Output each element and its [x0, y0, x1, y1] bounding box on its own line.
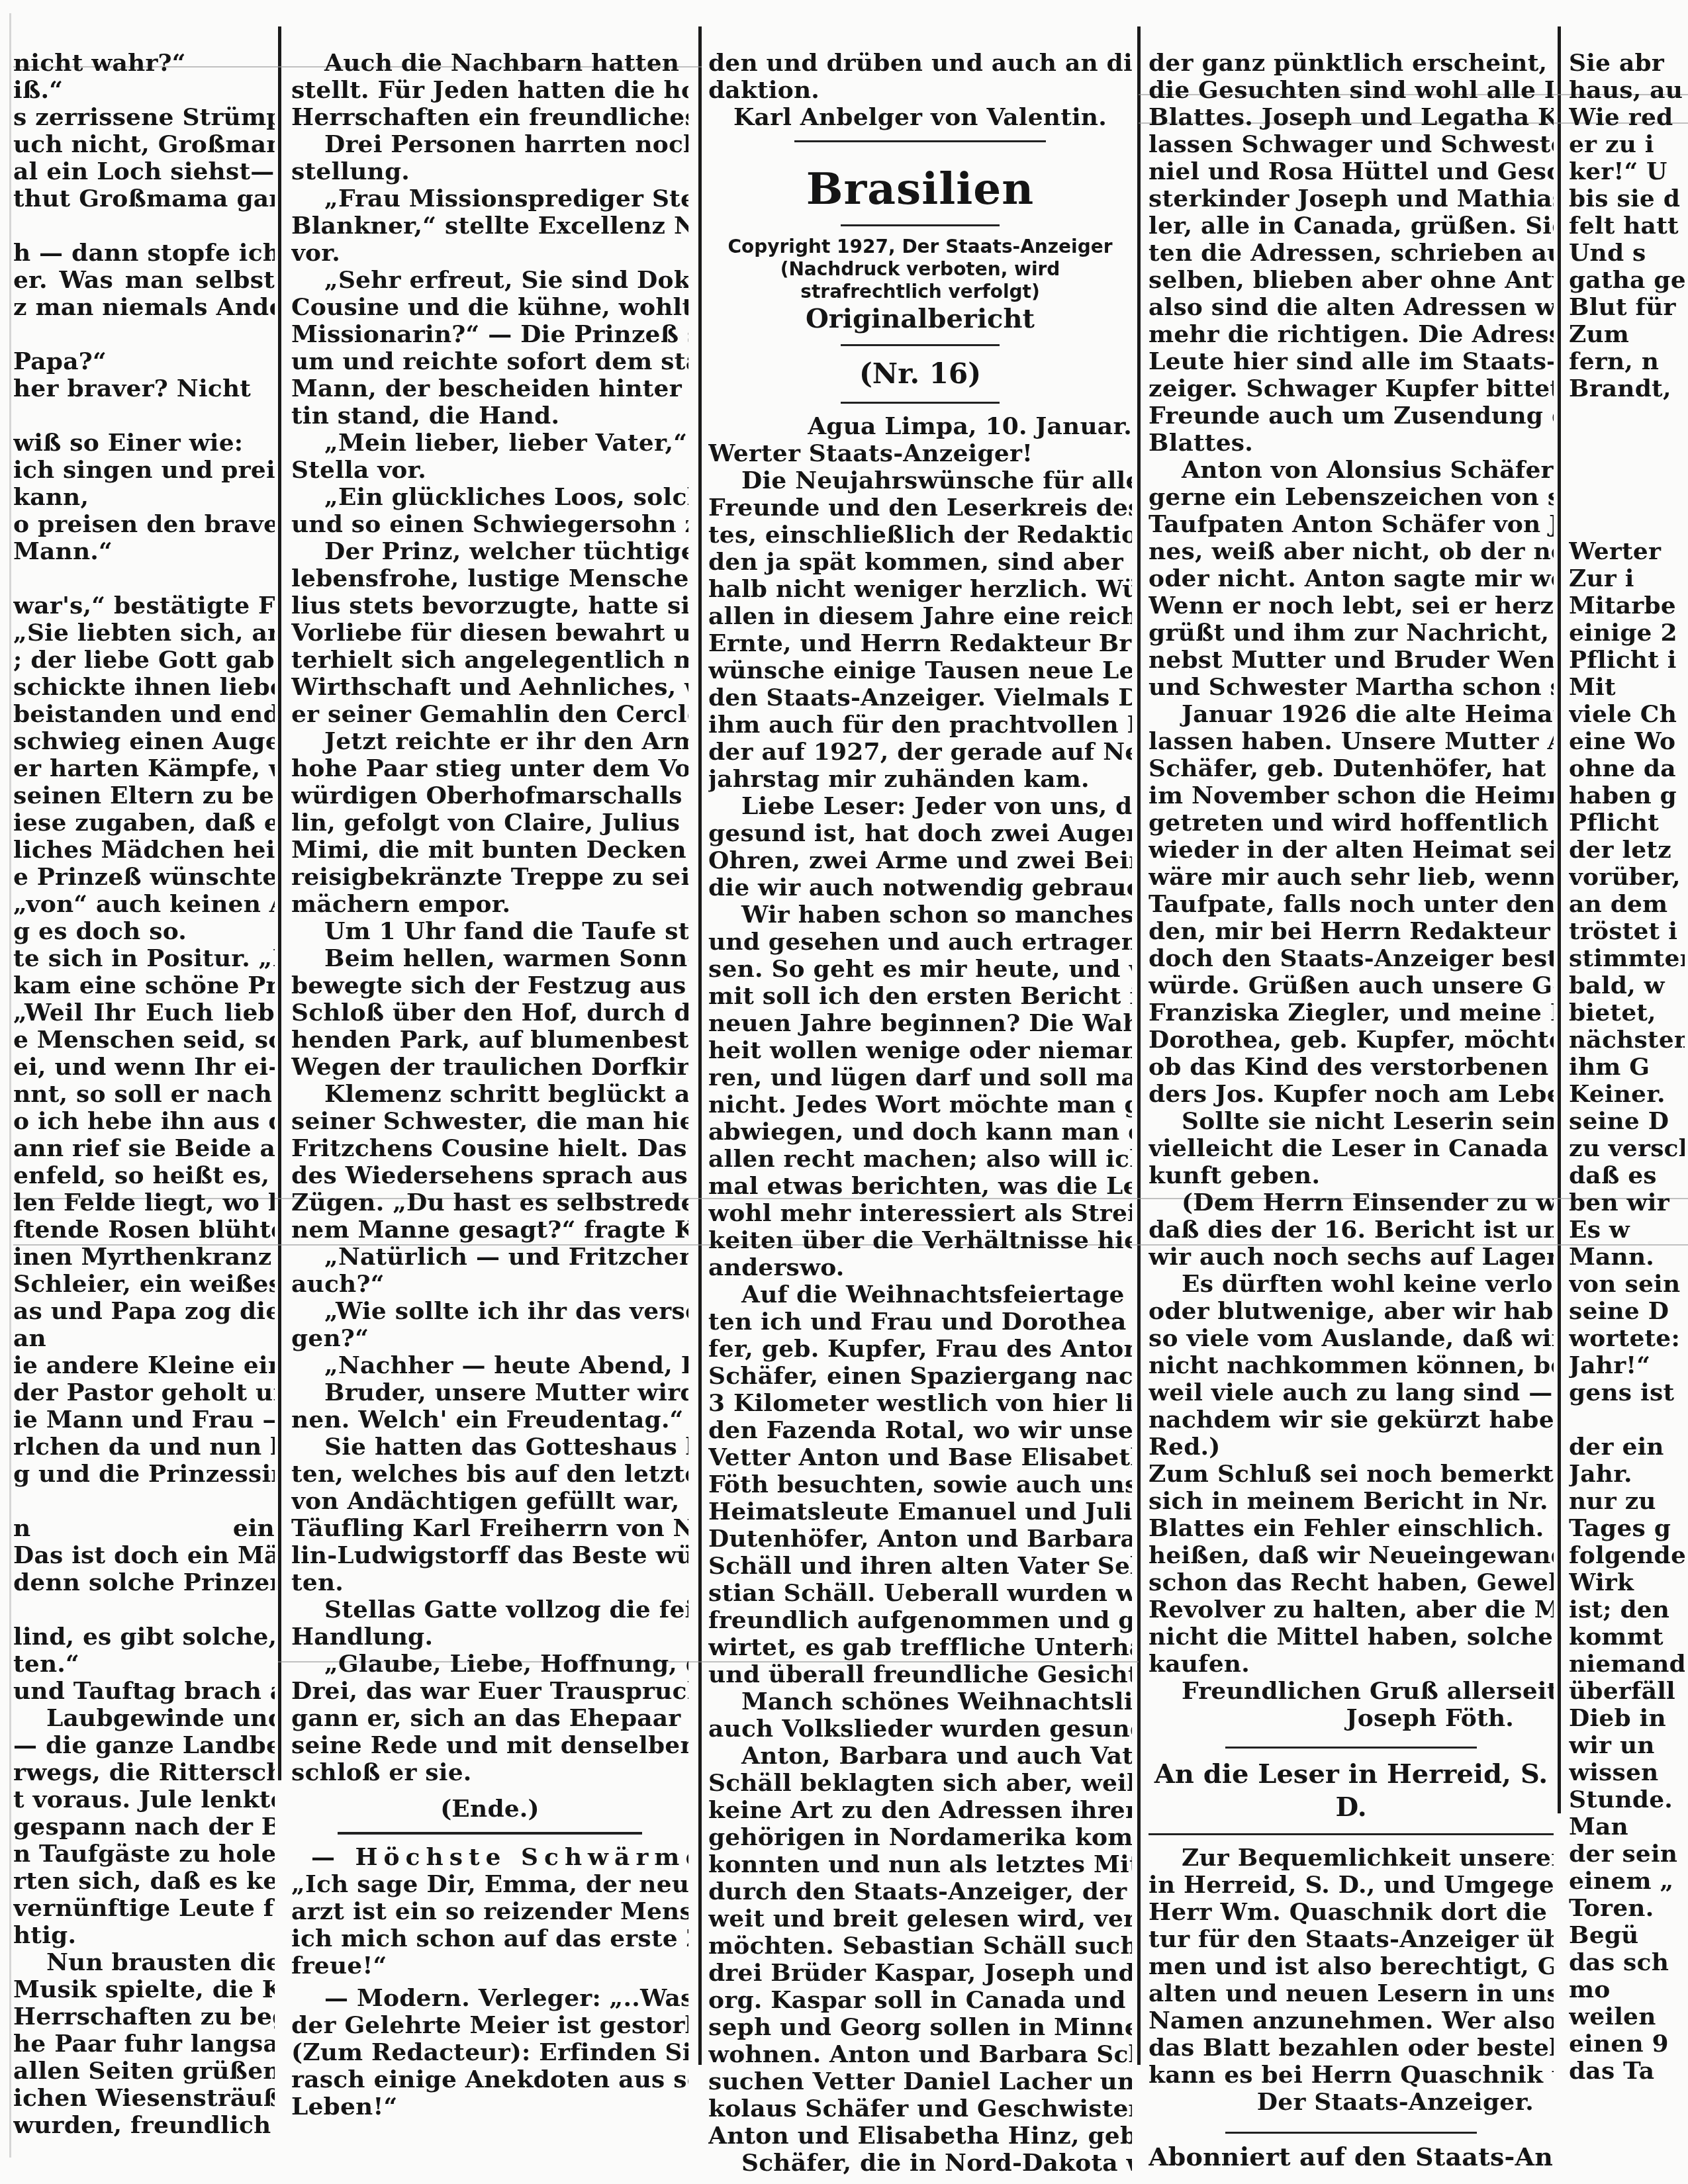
text-line: selben, blieben aber ohne Antwort, — [1149, 267, 1554, 294]
text-line: Sollte sie nicht Leserin sein, können — [1149, 1108, 1554, 1135]
scan-edge — [9, 13, 11, 2158]
text-line: ten die Adressen, schrieben auf die- — [1149, 240, 1554, 267]
text-line: reisigbekränzte Treppe zu seinen Ge- — [291, 864, 688, 891]
text-line: gesund ist, hat doch zwei Augen, zwei — [708, 820, 1132, 847]
text-line: einem „ — [1569, 1868, 1685, 1895]
text-line: freue!“ — [291, 1952, 688, 1979]
headline: Brasilien — [708, 162, 1132, 215]
text-line: lebensfrohe, lustige Menschen wie Ju- — [291, 565, 688, 592]
text-line: Laubgewinde und flat- — [13, 1705, 275, 1732]
text-line: folgende — [1569, 1542, 1685, 1569]
text-line: Anton und Elisabetha Hinz, geb. — [708, 2122, 1132, 2150]
text-line: Mimi, die mit bunten Decken belegte, — [291, 837, 688, 864]
text-line: Zur i — [1569, 565, 1685, 592]
text-line: kommt — [1569, 1623, 1685, 1651]
text-line: wohnen. Anton und Barbara Schäll — [708, 2041, 1132, 2068]
column-rule — [1558, 26, 1561, 1813]
divider — [841, 402, 1000, 404]
text-line: Schäfer, einen Spaziergang nach der — [708, 1363, 1132, 1390]
end-marker: (Ende.) — [291, 1796, 688, 1823]
text-line: Januar 1926 die alte Heimat ver- — [1149, 701, 1554, 728]
text-line: g es doch so. — [13, 918, 275, 945]
text-line: enfeld, so heißt es, weil — [13, 1162, 275, 1189]
text-line: mehr die richtigen. Die Adressen der — [1149, 321, 1554, 348]
text-line: Bruder, unsere Mutter wird uns seg- — [291, 1379, 688, 1406]
text-line: he Paar fuhr langsam, — [13, 2030, 275, 2058]
text-line: viele Ch — [1569, 701, 1685, 728]
text-line: ten, welches bis auf den letzten Platz — [291, 1461, 688, 1488]
text-line: schwieg einen Augenblick — [13, 728, 275, 755]
text-line: den Staats-Anzeiger. Vielmals Dank — [708, 684, 1132, 711]
text-line: von sein — [1569, 1271, 1685, 1298]
text-line: uch nicht, Großmama? — [13, 131, 275, 158]
text-line: Werter — [1569, 538, 1685, 565]
text-line: ten. — [291, 1569, 688, 1596]
text-line: kann, — [13, 484, 275, 511]
text-line: kann es bei Herrn Quaschnik tun. — [1149, 2062, 1554, 2089]
text-line: nes, weiß aber nicht, ob der noch lebt — [1149, 538, 1554, 565]
text-line: Cousine und die kühne, wohltätige — [291, 294, 688, 321]
text-line: und Schwester Martha schon seit 10. — [1149, 674, 1554, 701]
text-line: wohl mehr interessiert als Streitig- — [708, 1200, 1132, 1227]
text-line: nur zu — [1569, 1488, 1685, 1515]
text-line: wir auch noch sechs auf Lager haben. — [1149, 1244, 1554, 1271]
text-line: der Pastor geholt und — [13, 1379, 275, 1406]
text-line: (Dem Herrn Einsender zu wissen, — [1149, 1189, 1554, 1216]
text-line: Um 1 Uhr fand die Taufe statt. — [291, 918, 688, 945]
text-line: „Ein glückliches Loos, solche Tochter — [291, 484, 688, 511]
text-line: t voraus. Jule lenkte — [13, 1786, 275, 1813]
text-line: durch den Staats-Anzeiger, der ja — [708, 1878, 1132, 1905]
text-line: Dieb in — [1569, 1705, 1685, 1732]
text-line: bald, w — [1569, 972, 1685, 999]
joke-body: — Modern. Verleger: „..Was,der Gelehrte … — [291, 1985, 688, 2120]
text-line: zeiger. Schwager Kupfer bittet seine — [1149, 375, 1554, 402]
text-line: nebst Mutter und Bruder Wendelin — [1149, 647, 1554, 674]
text-line: Begü — [1569, 1922, 1685, 1949]
text-line: ; der liebe Gott gab — [13, 647, 275, 674]
text-line: Ernte, und Herrn Redakteur Brandt — [708, 630, 1132, 657]
text-line: war's,“ bestätigte Frau — [13, 592, 275, 619]
text-line: n ein — [13, 1515, 275, 1542]
text-line: der letz — [1569, 837, 1685, 864]
text-line — [1569, 1406, 1685, 1433]
text-line: allen Seiten grüßend — [13, 2058, 275, 2085]
text-line: niemand — [1569, 1651, 1685, 1678]
text-line — [13, 1488, 275, 1515]
text-line: daktion. — [708, 77, 1132, 104]
text-line: o ich hebe ihn aus der — [13, 1108, 275, 1135]
text-line: den und drüben und auch an die Re- — [708, 50, 1132, 77]
text-line: Stellas Gatte vollzog die feierliche — [291, 1596, 688, 1623]
text-line: Wirk — [1569, 1569, 1685, 1596]
text-line: Missionarin?“ — Die Prinzeß sah sich — [291, 321, 688, 348]
text-line: Das ist doch ein Mär- — [13, 1542, 275, 1569]
text-line: o preisen den braven — [13, 511, 275, 538]
text-line: grüßt und ihm zur Nachricht, daß ich — [1149, 619, 1554, 647]
text-line: „von“ auch keinen Adel — [13, 891, 275, 918]
text-line: wir un — [1569, 1732, 1685, 1759]
text-line: ker!“ U — [1569, 158, 1685, 185]
text-line: und so einen Schwiegersohn zu haben.“ — [291, 511, 688, 538]
joke-title: — Höchste Schwärmerei. — [291, 1844, 688, 1871]
text-line: rten sich, daß es kein — [13, 1868, 275, 1895]
text-line: wieder in der alten Heimat sein. Es — [1149, 837, 1554, 864]
text-line: auch Volkslieder wurden gesungen. — [708, 1715, 1132, 1743]
text-line: ders Jos. Kupfer noch am Leben ist. — [1149, 1081, 1554, 1108]
column-1: nicht wahr?“iß.“s zerrissene Strümpfe.“u… — [13, 50, 275, 2139]
text-line: iese zugaben, daß er ein — [13, 809, 275, 837]
text-line: an dem — [1569, 891, 1685, 918]
text-line: oder nicht. Anton sagte mir wörtlich: — [1149, 565, 1554, 592]
text-line: ie Mann und Frau — — [13, 1406, 275, 1433]
text-line: Mann, der bescheiden hinter seiner Gat- — [291, 375, 688, 402]
column-rule — [278, 26, 281, 1780]
text-line: Tages g — [1569, 1515, 1685, 1542]
copyright-note: (Nachdruck verboten, wird strafrechtlich… — [708, 258, 1132, 303]
text-line: e Prinzeß wünschte es — [13, 864, 275, 891]
text-line: Auf die Weihnachtsfeiertage mach- — [708, 1281, 1132, 1308]
column-4: der ganz pünktlich erscheint, kommt,die … — [1149, 50, 1554, 2170]
text-line: heit wollen wenige oder niemand hö- — [708, 1037, 1132, 1064]
text-line: bis sie d — [1569, 185, 1685, 212]
text-line: org. Kaspar soll in Canada und Jo- — [708, 1987, 1132, 2014]
text-line: Musik spielte, die Kinder — [13, 1976, 275, 2003]
text-line: ich singen und preisen — [13, 457, 275, 484]
text-line: wiß so Einer wie: — [13, 430, 275, 457]
text-line: Blattes. Joseph und Legatha Kupfer — [1149, 104, 1554, 131]
text-line: allen in diesem Jahre eine reichliche — [708, 603, 1132, 630]
text-line: tes, einschließlich der Redaktion, wer- — [708, 522, 1132, 549]
text-line: gann er, sich an das Ehepaar wendend, — [291, 1705, 688, 1732]
text-line: nicht die Mittel haben, solche zu — [1149, 1623, 1554, 1651]
text-line: Wegen der traulichen Dorfkirche zu. — [291, 1054, 688, 1081]
divider — [841, 344, 1000, 346]
text-line: Sie hatten das Gotteshaus betre- — [291, 1433, 688, 1461]
text-line: men und ist also berechtigt, Gelder von — [1149, 1953, 1554, 1980]
text-line: an — [13, 1325, 275, 1352]
text-line: Und s — [1569, 240, 1685, 267]
text-line: seph und Georg sollen in Minnesota — [708, 2014, 1132, 2041]
text-line: ann rief sie Beide auf — [13, 1135, 275, 1162]
text-line: ler, alle in Canada, grüßen. Sie hat- — [1149, 212, 1554, 240]
text-line: vorüber, — [1569, 864, 1685, 891]
text-line: kaufen. — [1149, 1651, 1554, 1678]
text-line: wäre mir auch sehr lieb, wenn der — [1149, 864, 1554, 891]
text-line: Revolver zu halten, aber die Meisten — [1149, 1596, 1554, 1623]
text-line: Namen anzunehmen. Wer also dort — [1149, 2007, 1554, 2034]
text-line: len Felde liegt, wo lau- — [13, 1189, 275, 1216]
text-line — [13, 565, 275, 592]
text-line: ist; den — [1569, 1596, 1685, 1623]
text-line — [13, 212, 275, 240]
text-line: gerne ein Lebenszeichen von seinem — [1149, 484, 1554, 511]
divider — [841, 224, 1000, 226]
text-line: rasch einige Anekdoten aus seinem — [291, 2066, 688, 2093]
text-line: Schäll beklagten sich aber, weil sie auf — [708, 1770, 1132, 1797]
text-line: einige 2 — [1569, 619, 1685, 647]
text-line: Brandt, — [1569, 375, 1685, 402]
text-line: Täufling Karl Freiherrn von Neut- — [291, 1515, 688, 1542]
text-line: Jahr. — [1569, 1461, 1685, 1488]
text-line: „Natürlich — und Fritzchen weiß es — [291, 1244, 688, 1271]
text-line: nicht nachkommen können, besonders — [1149, 1352, 1554, 1379]
text-line: wirtet, es gab treffliche Unterhaltung — [708, 1634, 1132, 1661]
text-line: weit und breit gelesen wird, versuchen — [708, 1905, 1132, 1933]
text-line: schon das Recht haben, Gewehr oder — [1149, 1569, 1554, 1596]
text-line: Schäfer, geb. Dutenhöfer, hat aber — [1149, 755, 1554, 782]
text-line: seine D — [1569, 1108, 1685, 1135]
text-line: in Herreid, S. D., und Umgegend hat — [1149, 1872, 1554, 1899]
text-line: würdigen Oberhofmarschalls v. Neut- — [291, 782, 688, 809]
text-line: sen. So geht es mir heute, und wo- — [708, 956, 1132, 983]
text-line: er seiner Gemahlin den Cercle überließ. — [291, 701, 688, 728]
text-line: den ja spät kommen, sind aber des- — [708, 549, 1132, 576]
text-line: einen 9 — [1569, 2030, 1685, 2058]
text-line: er. Was man selbst — [13, 267, 275, 294]
text-line: henden Park, auf blumenbestreuten — [291, 1026, 688, 1054]
text-line: Stella vor. — [291, 457, 688, 484]
text-line: im November schon die Heimreise an- — [1149, 782, 1554, 809]
text-line: schloß er sie. — [291, 1759, 688, 1786]
text-line: inen Myrthenkranz und — [13, 1244, 275, 1271]
text-line: keine Art zu den Adressen ihrer An- — [708, 1797, 1132, 1824]
divider — [1225, 1747, 1477, 1749]
text-line: fer, geb. Kupfer, Frau des Anton — [708, 1336, 1132, 1363]
text-line: mal etwas berichten, was die Leser — [708, 1173, 1132, 1200]
text-line: Es w — [1569, 1216, 1685, 1244]
text-line: heißen, daß wir Neueingewanderten — [1149, 1542, 1554, 1569]
text-line: „Glaube, Liebe, Hoffnung, diese — [291, 1651, 688, 1678]
text-line: haus, au — [1569, 77, 1685, 104]
text-line: Zur Bequemlichkeit unserer Leser — [1149, 1844, 1554, 1872]
text-line: s zerrissene Strümpfe.“ — [13, 104, 275, 131]
text-line: „Sie liebten sich, ar- — [13, 619, 275, 647]
text-line: und gesehen und auch ertragen müs- — [708, 929, 1132, 956]
dateline: Agua Limpa, 10. Januar. — [708, 413, 1132, 440]
notice-signature: Der Staats-Anzeiger. — [1149, 2089, 1554, 2116]
divider — [794, 140, 1046, 142]
text-line: fern, n — [1569, 348, 1685, 375]
text-line — [13, 321, 275, 348]
text-line: auch?“ — [291, 1271, 688, 1298]
text-line: stellung. — [291, 158, 688, 185]
text-line: Leben!“ — [291, 2093, 688, 2120]
text-line: stimmter — [1569, 945, 1685, 972]
text-line: sich in meinem Bericht in Nr. 27 des — [1149, 1488, 1554, 1515]
text-line: wortete: — [1569, 1325, 1685, 1352]
text-line: so viele vom Auslande, daß wir gar — [1149, 1325, 1554, 1352]
text-line: Drei Personen harrten noch der Vor- — [291, 131, 688, 158]
text-line: — Modern. Verleger: „..Was, — [291, 1985, 688, 2012]
text-line: „Frau Missionsprediger Stella — [291, 185, 688, 212]
text-line: also sind die alten Adressen wohl nicht — [1149, 294, 1554, 321]
text-line: und Tauftag brach an. — [13, 1678, 275, 1705]
text-line: nächsten — [1569, 1026, 1685, 1054]
text-line: halb nicht weniger herzlich. Wünsche — [708, 576, 1132, 603]
text-line: rlchen da und nun kom- — [13, 1433, 275, 1461]
text-line: der ein — [1569, 1433, 1685, 1461]
text-line: z man niemals Andern — [13, 294, 275, 321]
text-line: nicht wahr?“ — [13, 50, 275, 77]
text-line: lin, gefolgt von Claire, Julius und — [291, 809, 688, 837]
text-line: Leute hier sind alle im Staats-An- — [1149, 348, 1554, 375]
column-rule — [698, 26, 702, 2065]
text-line: sterkinder Joseph und Mathias Mil- — [1149, 185, 1554, 212]
text-line: Anton von Alonsius Schäfer hätte — [1149, 457, 1554, 484]
text-line: weil viele auch zu lang sind — selbst — [1149, 1379, 1554, 1406]
text-line: ich mich schon auf das erste Zahnweh — [291, 1925, 688, 1952]
text-line: seine Rede und mit denselben Worten — [291, 1732, 688, 1759]
text-line: kam eine schöne Prin- — [13, 972, 275, 999]
text-line: Taufpate, falls noch unter den Leben- — [1149, 891, 1554, 918]
text-line: überfäll — [1569, 1678, 1685, 1705]
text-line: von Andächtigen gefüllt war, die dem — [291, 1488, 688, 1515]
text-line: konnten und nun als letztes Mittel es — [708, 1851, 1132, 1878]
text-line: Zum — [1569, 321, 1685, 348]
text-line: arzt ist ein so reizender Mensch, daß — [291, 1898, 688, 1925]
text-line: Papa?“ — [13, 348, 275, 375]
text-line: nen. Welch' ein Freudentag.“ — [291, 1406, 688, 1433]
subhead: Originalbericht — [708, 303, 1132, 335]
text-line: nem Manne gesagt?“ fragte Klemenz. — [291, 1216, 688, 1244]
text-line: te sich in Positur. „Ich — [13, 945, 275, 972]
text-line — [1569, 484, 1685, 511]
text-line: Mann. — [1569, 1244, 1685, 1271]
text-line: Herrschaften zu begrü- — [13, 2003, 275, 2030]
text-line: freundlich aufgenommen und gut be- — [708, 1607, 1132, 1634]
column-5: Sie abrhaus, auWie reder zu iker!“ Ubis … — [1569, 50, 1685, 2085]
text-line: „Sehr erfreut, Sie sind Doktors — [291, 267, 688, 294]
text-line — [13, 402, 275, 430]
story-continuation: nicht wahr?“iß.“s zerrissene Strümpfe.“u… — [13, 50, 275, 2139]
text-line: Blattes ein Fehler einschlich. Es sollte — [1149, 1515, 1554, 1542]
text-line: ren, und lügen darf und soll man — [708, 1064, 1132, 1091]
text-line: Klemenz schritt beglückt an der Seite — [291, 1081, 688, 1108]
text-line: gens ist — [1569, 1379, 1685, 1406]
text-line: as und Papa zog die — [13, 1298, 275, 1325]
text-line: ihm auch für den prachtvollen Kalen- — [708, 711, 1132, 739]
text-line: suchen Vetter Daniel Lacher und Ni- — [708, 2068, 1132, 2095]
copyright-line: Copyright 1927, Der Staats-Anzeiger — [708, 236, 1132, 258]
text-line: (Zum Redacteur): Erfinden Sie — [291, 2039, 688, 2066]
text-line: Blankner,“ stellte Excellenz Neutlin — [291, 212, 688, 240]
text-line: terhielt sich angelegentlich mit ihm übe… — [291, 647, 688, 674]
text-line: Herr Wm. Quaschnik dort die Agen- — [1149, 1899, 1554, 1926]
text-line: — die ganze Landbe- — [13, 1732, 275, 1759]
text-line: der sein — [1569, 1841, 1685, 1868]
text-line: der ganz pünktlich erscheint, kommt, — [1149, 50, 1554, 77]
text-line: seiner Schwester, die man hier nur für — [291, 1108, 688, 1135]
cropped-column: Sie abrhaus, auWie reder zu iker!“ Ubis … — [1569, 50, 1685, 2085]
column-rule — [1137, 26, 1141, 2065]
text-line: „Mein lieber, lieber Vater,“ stellte — [291, 430, 688, 457]
text-line: alten und neuen Lesern in unserem — [1149, 1980, 1554, 2007]
text-line: Freunde auch um Zusendung dieses — [1149, 402, 1554, 430]
text-line: lassen haben. Unsere Mutter Angela — [1149, 728, 1554, 755]
text-line: seinen Eltern zu beste- — [13, 782, 275, 809]
text-line: jahrstag mir zuhänden kam. — [708, 766, 1132, 793]
text-line: gen?“ — [291, 1325, 688, 1352]
text-line: Pflicht i — [1569, 647, 1685, 674]
text-line: und überall freundliche Gesichter. — [708, 1661, 1132, 1688]
text-line: tin stand, die Hand. — [291, 402, 688, 430]
text-line: mächern empor. — [291, 891, 688, 918]
newspaper-page: nicht wahr?“iß.“s zerrissene Strümpfe.“u… — [0, 0, 1688, 2184]
text-line: neuen Jahre beginnen? Die Wahr- — [708, 1010, 1132, 1037]
text-line: drei Brüder Kaspar, Joseph und Ge- — [708, 1960, 1132, 1987]
text-line — [1569, 457, 1685, 484]
text-line: die Gesuchten sind wohl alle Leser des — [1149, 77, 1554, 104]
text-line: Heimatsleute Emanuel und Juliana — [708, 1498, 1132, 1525]
text-line: Mit — [1569, 674, 1685, 701]
text-line: gespann nach der Bahn, — [13, 1813, 275, 1841]
signature: Joseph Föth. — [1149, 1705, 1554, 1732]
text-line: ie andere Kleine ein. — [13, 1352, 275, 1379]
text-line: daß es — [1569, 1162, 1685, 1189]
text-line: e Menschen seid, sollt — [13, 1026, 275, 1054]
text-line: bietet, — [1569, 999, 1685, 1026]
text-line: lassen Schwager und Schwester Da- — [1149, 131, 1554, 158]
text-line: beistanden und endlich, — [13, 701, 275, 728]
text-line: lind, es gibt solche, aber — [13, 1623, 275, 1651]
text-line: vielleicht die Leser in Canada Aus- — [1149, 1135, 1554, 1162]
text-line: des Wiedersehens sprach aus Beider — [291, 1162, 688, 1189]
text-line: nicht. Jedes Wort möchte man genau — [708, 1091, 1132, 1118]
text-line — [1569, 402, 1685, 430]
text-line: Freunde und den Leserkreis des Blat- — [708, 494, 1132, 522]
text-line: ftende Rosen blühten. — [13, 1216, 275, 1244]
text-line: Dorothea, geb. Kupfer, möchte wissen, — [1149, 1026, 1554, 1054]
text-line: Vorliebe für diesen bewahrt und un- — [291, 619, 688, 647]
text-line: hohe Paar stieg unter dem Vortritt des — [291, 755, 688, 782]
text-line: Fritzchens Cousine hielt. Das Glück — [291, 1135, 688, 1162]
text-line: nachdem wir sie gekürzt haben! — — [1149, 1406, 1554, 1433]
text-line: der auf 1927, der gerade auf Neu- — [708, 739, 1132, 766]
text-line: wurden, freundlich in — [13, 2112, 275, 2139]
text-line: Red.) — [1149, 1433, 1554, 1461]
text-line: Die Neujahrswünsche für alle — [708, 467, 1132, 494]
text-line: Ohren, zwei Arme und zwei Beine, — [708, 847, 1132, 874]
text-line: Jetzt reichte er ihr den Arm und das — [291, 728, 688, 755]
text-line: Mitarbe — [1569, 592, 1685, 619]
letter-body: Die Neujahrswünsche für alleFreunde und … — [708, 467, 1132, 2177]
text-line: eine Wo — [1569, 728, 1685, 755]
text-line: seine D — [1569, 1298, 1685, 1325]
divider — [1149, 1833, 1554, 1835]
text-line: Toren. — [1569, 1895, 1685, 1922]
text-line: das Blatt bezahlen oder bestellen will, — [1149, 2034, 1554, 2062]
notice-title: An die Leser in Herreid, S. D. — [1149, 1758, 1554, 1824]
text-line: Wie red — [1569, 104, 1685, 131]
text-line: al ein Loch siehst—“ — [13, 158, 275, 185]
text-line: Wenn er noch lebt, sei er herzlich ge- — [1149, 592, 1554, 619]
text-line: Blattes. — [1149, 430, 1554, 457]
jokes-section: — Höchste Schwärmerei.„Ich sage Dir, Emm… — [291, 1844, 688, 2120]
text-line: daß dies der 16. Bericht ist und daß — [1149, 1216, 1554, 1244]
text-line: denn solche Prinzen und — [13, 1569, 275, 1596]
text-line: mit soll ich den ersten Bericht im — [708, 983, 1132, 1010]
text-line: niel und Rosa Hüttel und Geschwi- — [1149, 158, 1554, 185]
text-line: Nun brausten die — [13, 1949, 275, 1976]
text-line: htig. — [13, 1922, 275, 1949]
text-line: Pflicht — [1569, 809, 1685, 837]
text-line: thut Großmama gar — [13, 185, 275, 212]
text-line — [1569, 430, 1685, 457]
text-line: vor. — [291, 240, 688, 267]
previous-letter-end: den und drüben und auch an die Re-daktio… — [708, 50, 1132, 104]
text-line: schickte ihnen liebe Men- — [13, 674, 275, 701]
